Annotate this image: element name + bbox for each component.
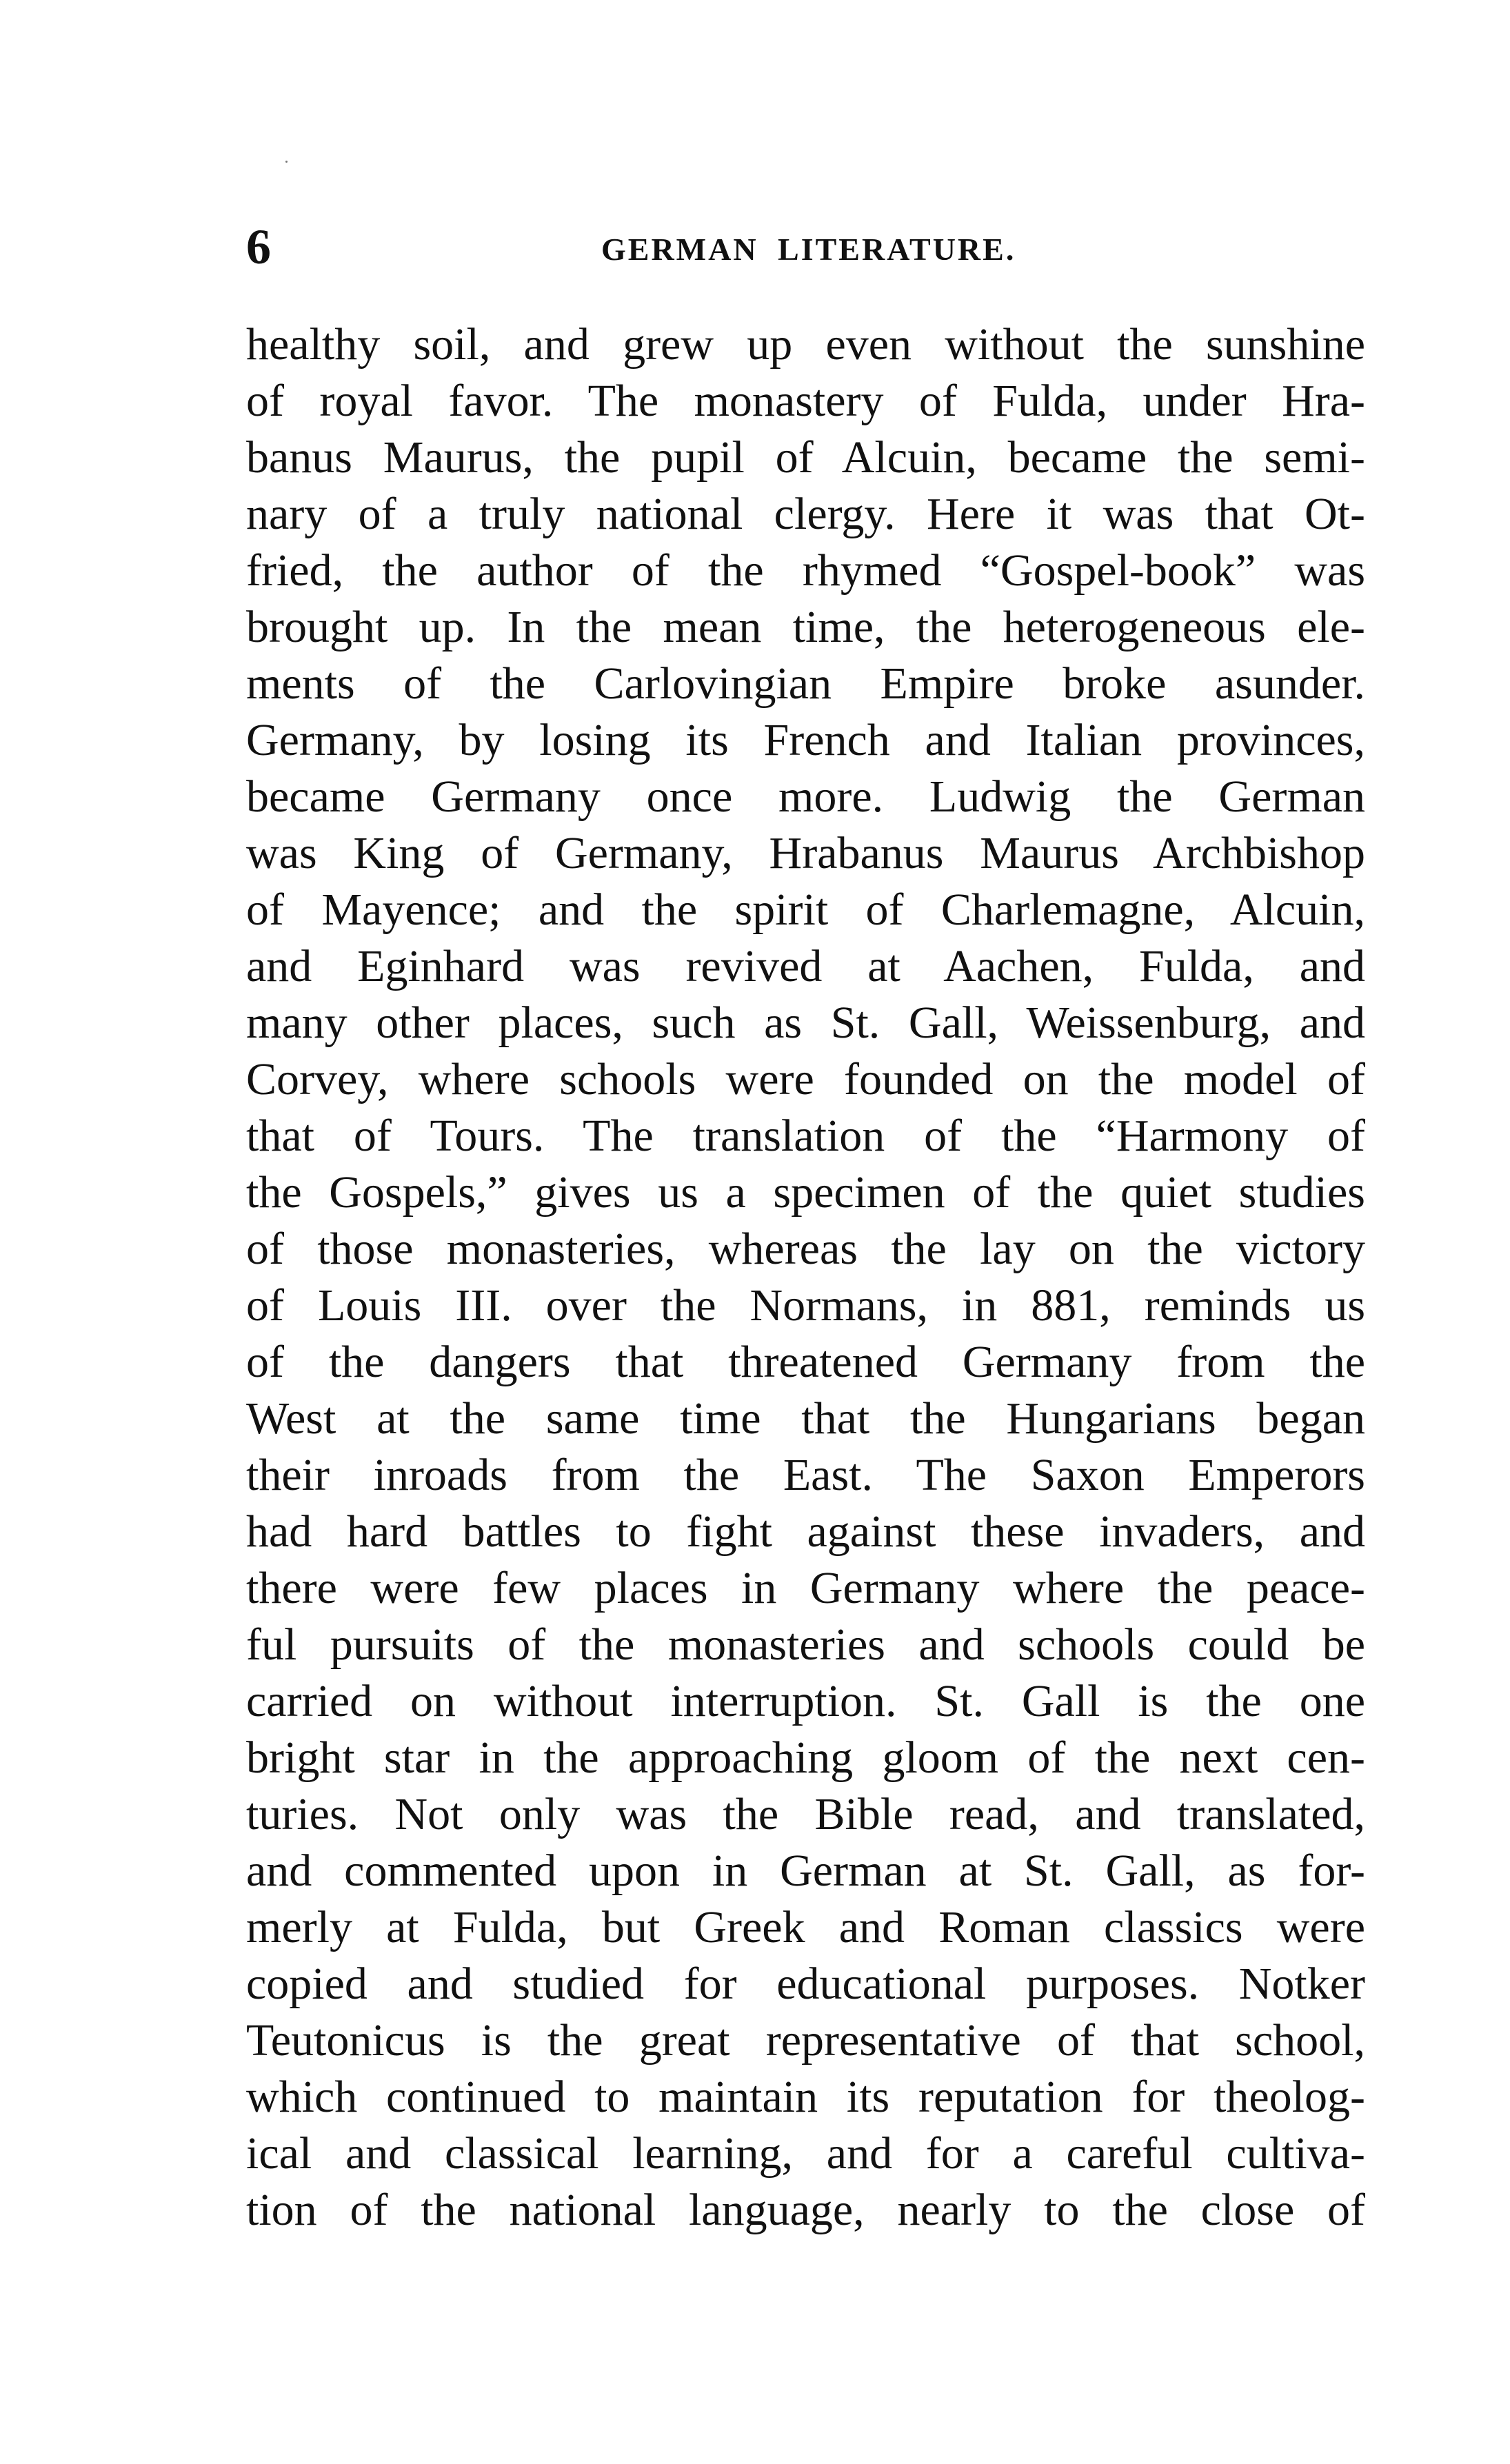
page-number: 6 [246, 219, 271, 274]
text-line: ments of the Carlovingian Empire broke a… [246, 656, 1365, 712]
text-line: of Mayence; and the spirit of Charlemagn… [246, 882, 1365, 938]
text-line: many other places, such as St. Gall, Wei… [246, 995, 1365, 1051]
text-line: of royal favor. The monastery of Fulda, … [246, 373, 1365, 430]
text-line: the Gospels,” gives us a specimen of the… [246, 1164, 1365, 1221]
text-line: brought up. In the mean time, the hetero… [246, 599, 1365, 656]
text-line: had hard battles to fight against these … [246, 1504, 1365, 1560]
text-line: there were few places in Germany where t… [246, 1560, 1365, 1617]
text-line: fried, the author of the rhymed “Gospel-… [246, 543, 1365, 599]
text-line: healthy soil, and grew up even without t… [246, 316, 1365, 373]
text-line: Germany, by losing its French and Italia… [246, 712, 1365, 769]
text-line: of those monasteries, whereas the lay on… [246, 1221, 1365, 1278]
text-line: West at the same time that the Hungarian… [246, 1391, 1365, 1447]
text-line: copied and studied for educational purpo… [246, 1956, 1365, 2012]
text-line: and commented upon in German at St. Gall… [246, 1843, 1365, 1899]
text-line: carried on without interruption. St. Gal… [246, 1673, 1365, 1730]
text-line: of Louis III. over the Normans, in 881, … [246, 1278, 1365, 1334]
text-line: ical and classical learning, and for a c… [246, 2125, 1365, 2182]
running-head-title: GERMAN LITERATURE. [601, 229, 1016, 270]
running-head: 6 GERMAN LITERATURE. [246, 219, 1365, 274]
text-line: and Eginhard was revived at Aachen, Fuld… [246, 938, 1365, 995]
text-line: ful pursuits of the monasteries and scho… [246, 1617, 1365, 1673]
book-page: 6 GERMAN LITERATURE. healthy soil, and g… [0, 0, 1510, 2464]
text-line: Teutonicus is the great representative o… [246, 2012, 1365, 2069]
text-line: became Germany once more. Ludwig the Ger… [246, 769, 1365, 825]
text-line: was King of Germany, Hrabanus Maurus Arc… [246, 825, 1365, 882]
text-line: Corvey, where schools were founded on th… [246, 1051, 1365, 1108]
text-line: turies. Not only was the Bible read, and… [246, 1786, 1365, 1843]
text-line: nary of a truly national clergy. Here it… [246, 486, 1365, 543]
text-line: bright star in the approaching gloom of … [246, 1730, 1365, 1786]
text-line: their inroads from the East. The Saxon E… [246, 1447, 1365, 1504]
text-line: banus Maurus, the pupil of Alcuin, becam… [246, 430, 1365, 486]
text-line: which continued to maintain its reputati… [246, 2069, 1365, 2125]
text-line: of the dangers that threatened Germany f… [246, 1334, 1365, 1391]
text-line: tion of the national language, nearly to… [246, 2182, 1365, 2239]
scan-speck [285, 161, 288, 163]
text-line: merly at Fulda, but Greek and Roman clas… [246, 1899, 1365, 1956]
body-text: healthy soil, and grew up even without t… [246, 316, 1365, 2239]
text-line: that of Tours. The translation of the “H… [246, 1108, 1365, 1164]
